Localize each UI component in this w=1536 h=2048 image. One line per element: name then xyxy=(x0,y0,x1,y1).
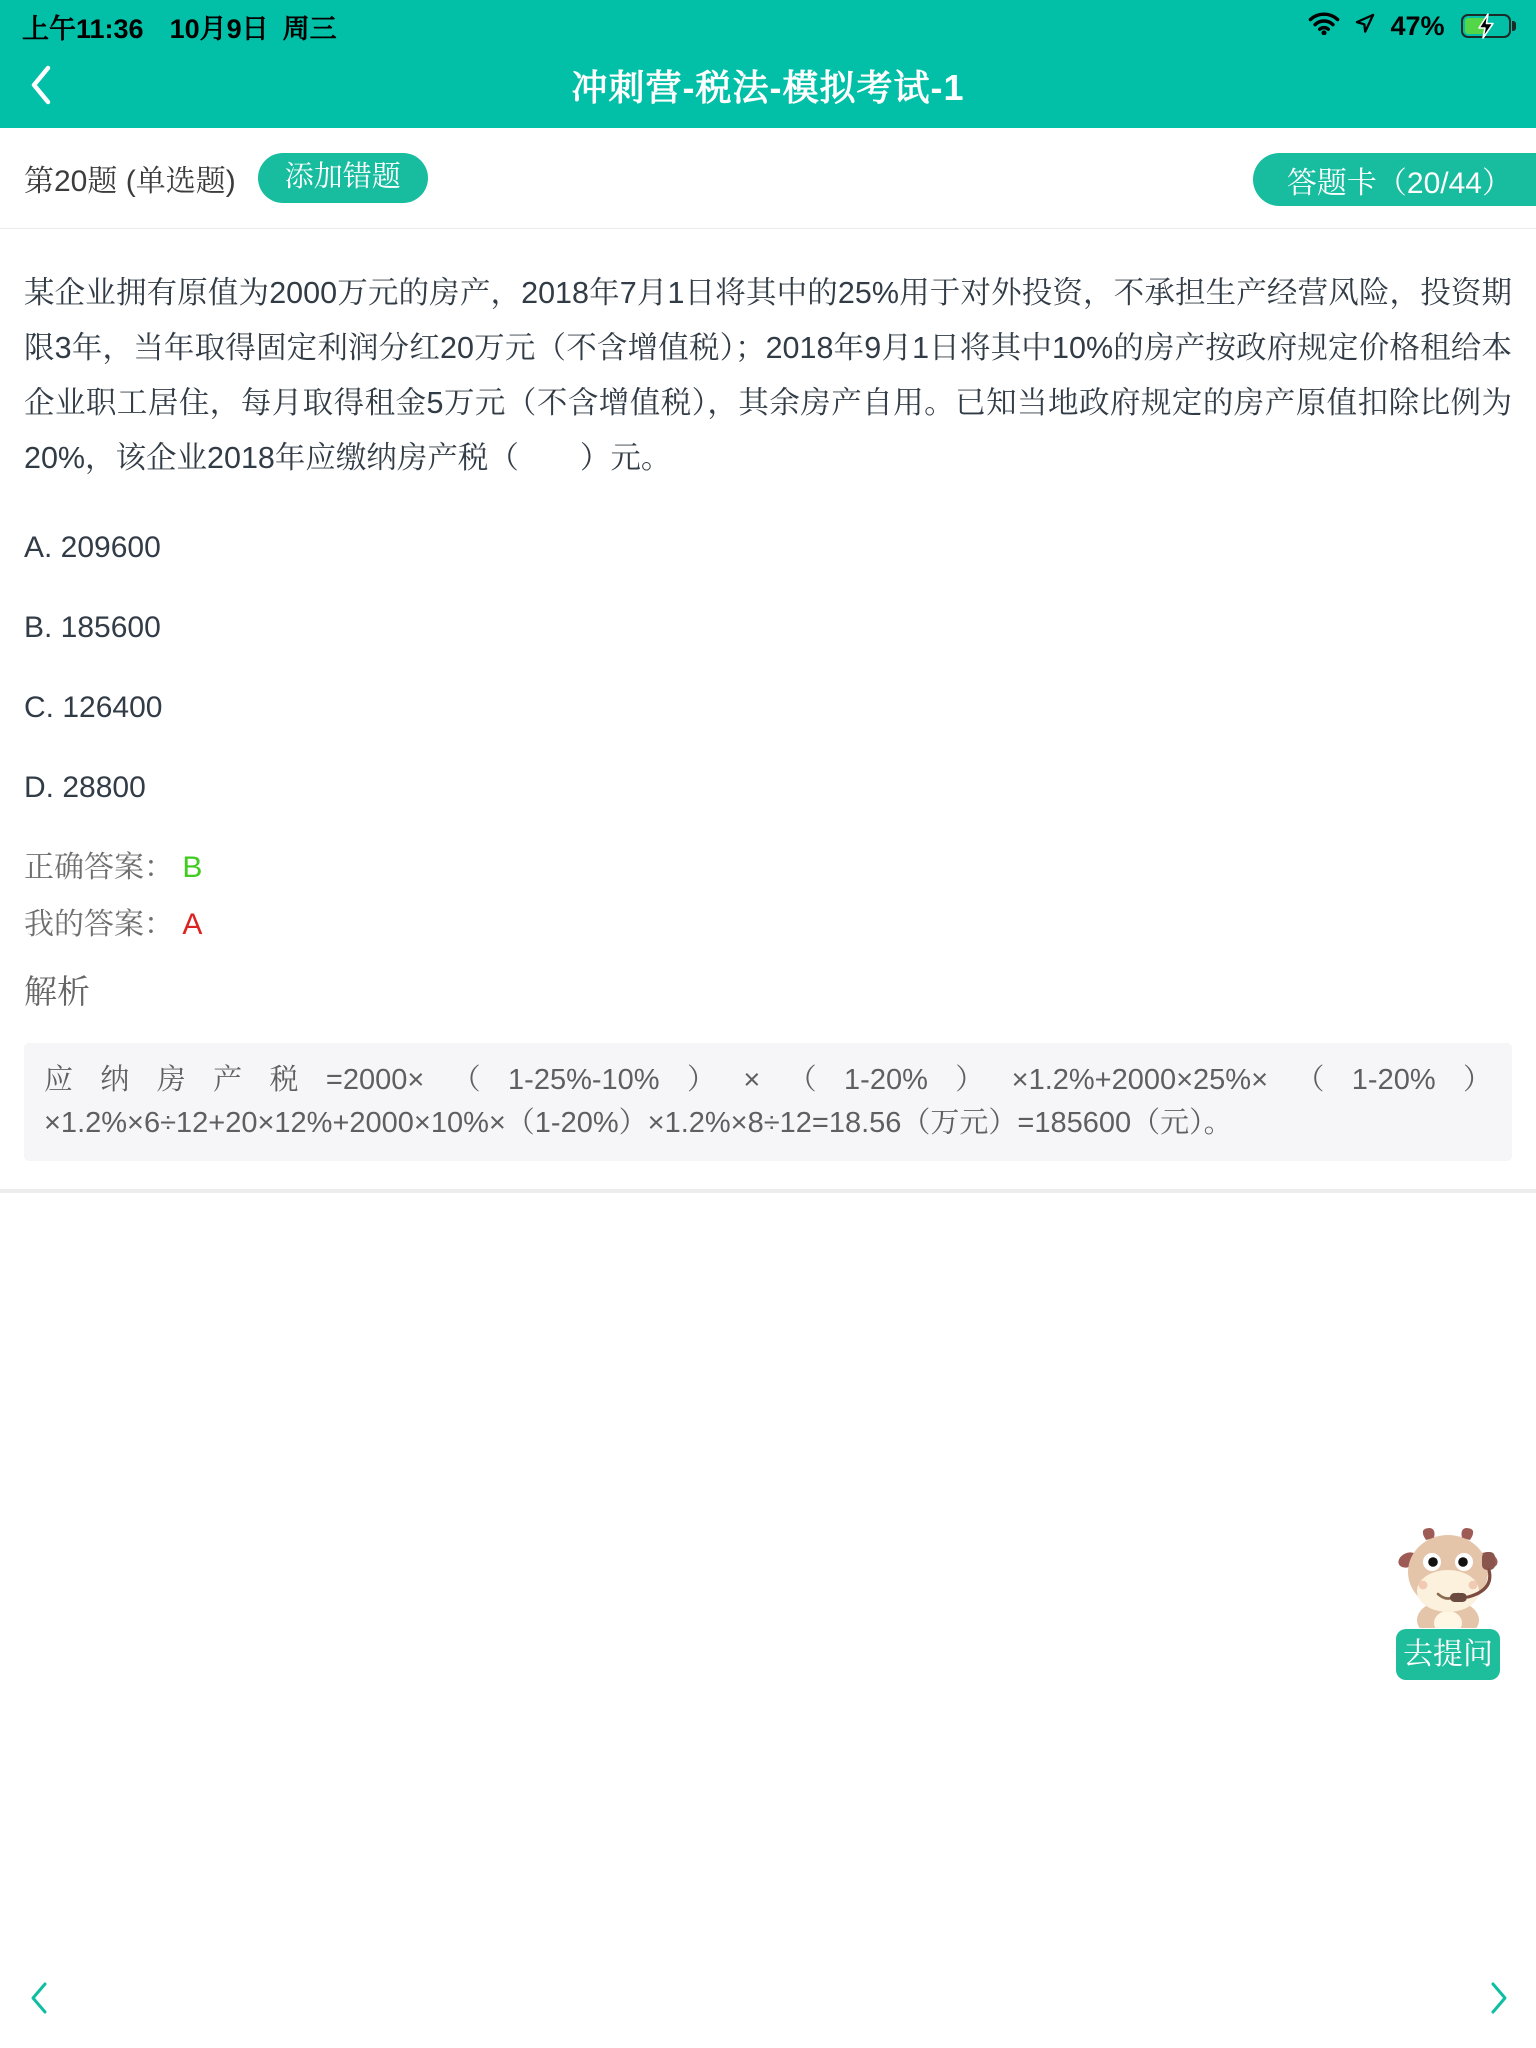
analysis-heading: 解析 xyxy=(24,966,1512,1013)
option-b[interactable]: B. 185600 xyxy=(24,612,1512,644)
result-block: 正确答案： B 我的答案： A xyxy=(24,852,1512,941)
option-c[interactable]: C. 126400 xyxy=(24,692,1512,724)
prev-question-button[interactable] xyxy=(26,1981,52,2020)
correct-answer-label: 正确答案： xyxy=(24,851,174,884)
status-weekday: 周三 xyxy=(283,7,337,46)
my-answer-value: A xyxy=(182,908,202,941)
answer-card-button[interactable]: 答题卡（20/44） xyxy=(1253,153,1536,206)
my-answer-row: 我的答案： A xyxy=(24,909,1512,941)
options-list: A. 209600 B. 185600 C. 126400 D. 28800 xyxy=(24,532,1512,804)
question-header-row: 第20题 (单选题) 添加错题 答题卡（20/44） xyxy=(0,128,1536,229)
status-time: 上午11:36 xyxy=(22,7,144,46)
chevron-left-icon xyxy=(28,63,54,107)
top-bar: 上午11:36 10月9日 周三 47% xyxy=(0,0,1536,128)
location-arrow-icon xyxy=(1352,10,1378,43)
status-date: 10月9日 xyxy=(170,7,269,46)
back-button[interactable] xyxy=(28,62,58,108)
question-number-label: 第20题 (单选题) xyxy=(24,156,236,200)
page-title: 冲刺营-税法-模拟考试-1 xyxy=(572,60,965,111)
status-bar: 上午11:36 10月9日 周三 47% xyxy=(0,0,1536,42)
chevron-left-icon xyxy=(26,1981,52,2015)
option-a[interactable]: A. 209600 xyxy=(24,532,1512,564)
analysis-text: 应纳房产税=2000×（1-25%-10%）×（1-20%）×1.2%+2000… xyxy=(24,1043,1512,1161)
wifi-icon xyxy=(1308,11,1340,42)
chevron-right-icon xyxy=(1486,1981,1512,2015)
my-answer-label: 我的答案： xyxy=(24,908,174,941)
option-d[interactable]: D. 28800 xyxy=(24,772,1512,804)
ask-question-widget[interactable]: 去提问 xyxy=(1396,1524,1500,1680)
ask-question-button[interactable]: 去提问 xyxy=(1396,1629,1500,1680)
correct-answer-value: B xyxy=(182,851,202,884)
question-content: 某企业拥有原值为2000万元的房产，2018年7月1日将其中的25%用于对外投资… xyxy=(0,229,1536,1193)
app-bar: 冲刺营-税法-模拟考试-1 xyxy=(0,42,1536,128)
next-question-button[interactable] xyxy=(1486,1981,1512,2020)
section-divider xyxy=(0,1189,1536,1193)
battery-charging-icon xyxy=(1461,14,1517,38)
correct-answer-row: 正确答案： B xyxy=(24,852,1512,884)
add-wrong-question-button[interactable]: 添加错题 xyxy=(258,153,428,203)
battery-percent: 47% xyxy=(1390,11,1444,42)
question-stem: 某企业拥有原值为2000万元的房产，2018年7月1日将其中的25%用于对外投资… xyxy=(24,266,1512,486)
